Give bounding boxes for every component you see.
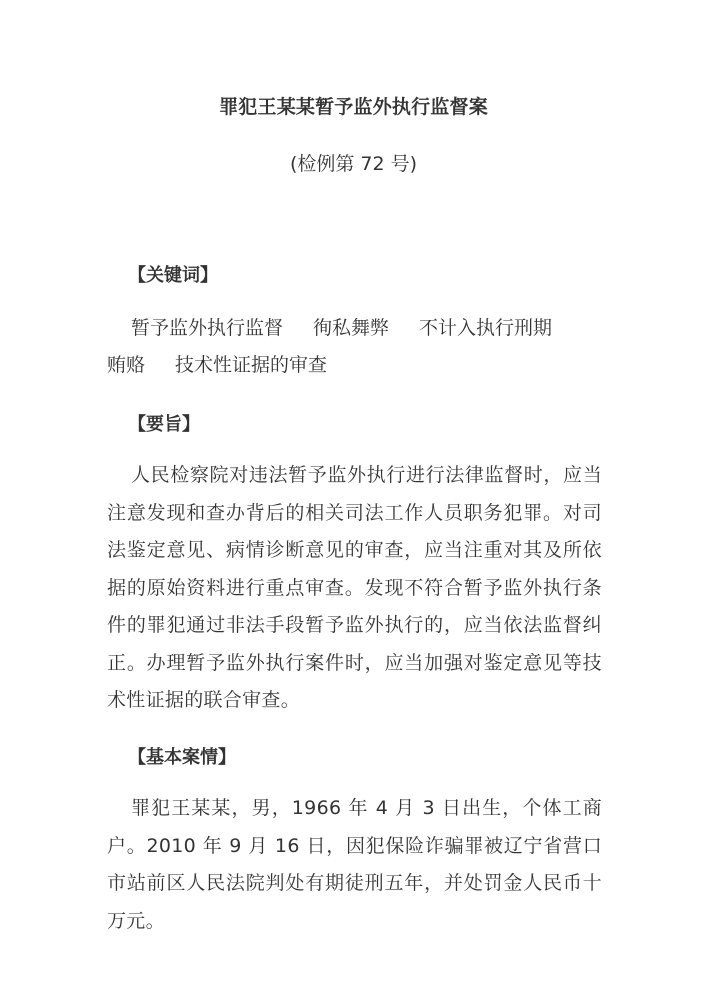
document-title: 罪犯王某某暂予监外执行监督案: [0, 92, 707, 119]
keyword: 不计入执行刑期: [419, 310, 552, 347]
keyword: 徇私舞弊: [313, 310, 389, 347]
keyword: 贿赂: [107, 347, 145, 384]
gist-heading: 【要旨】: [128, 410, 200, 436]
keywords-list: 暂予监外执行监督徇私舞弊不计入执行刑期 贿赂技术性证据的审查: [107, 310, 602, 384]
basic-facts-paragraph: 罪犯王某某，男，1966 年 4 月 3 日出生，个体工商户。2010 年 9 …: [107, 790, 602, 940]
keyword: 暂予监外执行监督: [131, 310, 283, 347]
case-number: (检例第 72 号): [0, 149, 707, 176]
keyword: 技术性证据的审查: [175, 347, 327, 384]
document-page: 罪犯王某某暂予监外执行监督案 (检例第 72 号) 【关键词】 暂予监外执行监督…: [0, 0, 707, 999]
keywords-heading: 【关键词】: [128, 261, 218, 287]
basic-facts-heading: 【基本案情】: [128, 743, 236, 769]
gist-paragraph: 人民检察院对违法暂予监外执行进行法律监督时，应当注意发现和查办背后的相关司法工作…: [107, 457, 602, 720]
